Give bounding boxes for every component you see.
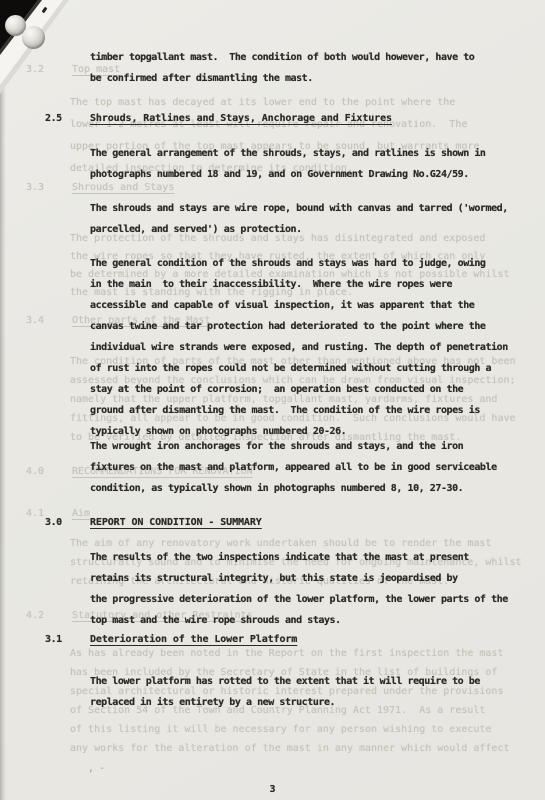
- document-page: 3.2 Top mast The top mast has decayed at…: [0, 0, 545, 800]
- paragraph: The results of the two inspections indic…: [90, 547, 535, 631]
- paragraph: The shrouds and stays are wire rope, bou…: [90, 198, 535, 240]
- section-number: 3.1: [45, 629, 62, 650]
- paragraph: The general condition of the shrouds and…: [90, 253, 535, 442]
- page-number: 3: [0, 779, 545, 800]
- bleedthrough-section-number: 4.2: [26, 605, 44, 626]
- stray-mark: , -: [88, 758, 105, 779]
- section-number: 2.5: [45, 108, 62, 129]
- section-number: 3.0: [45, 512, 62, 533]
- bleedthrough-section-number: 3.4: [26, 310, 44, 331]
- bleedthrough-section-number: 3.2: [26, 59, 44, 80]
- bleedthrough-section-heading: Aim: [72, 503, 90, 524]
- paragraph: The lower platform has rotted to the ext…: [90, 671, 535, 713]
- bleedthrough-section-number: 4.0: [26, 461, 44, 482]
- paragraph: The general arrangement of the shrouds, …: [90, 143, 535, 185]
- paragraph: The wrought iron anchorages for the shro…: [90, 436, 535, 499]
- section-heading: Shrouds, Ratlines and Stays, Anchorage a…: [90, 108, 392, 129]
- section-heading: REPORT ON CONDITION - SUMMARY: [90, 512, 262, 533]
- left-scan-edge: [0, 55, 6, 800]
- binder-ring-icon: [22, 26, 45, 49]
- bleedthrough-section-number: 3.3: [26, 177, 44, 198]
- bleedthrough-section-number: 4.1: [26, 503, 44, 524]
- paragraph: timber topgallant mast. The condition of…: [90, 47, 535, 89]
- section-heading: Deterioration of the Lower Platform: [90, 629, 297, 650]
